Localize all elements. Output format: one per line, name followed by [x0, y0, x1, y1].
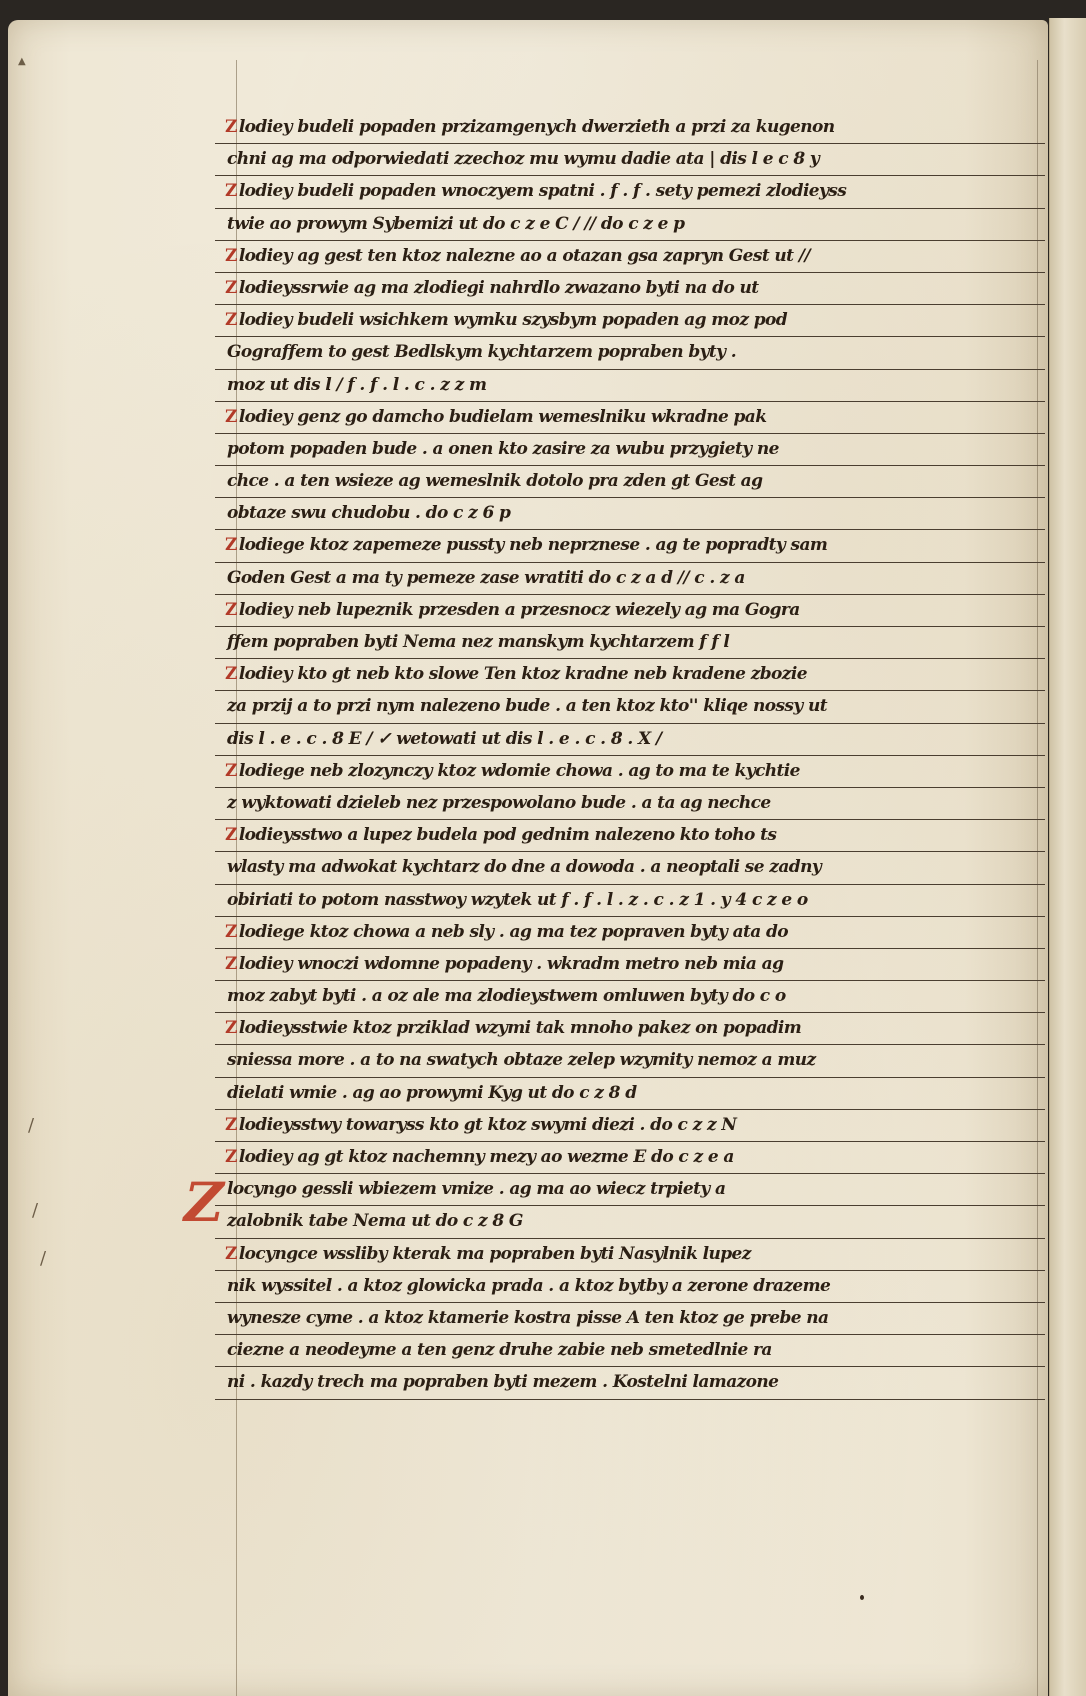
line-text: obiriati to potom nasstwoy wzytek ut f .…: [227, 890, 808, 910]
rubric-letter: Z: [225, 954, 237, 974]
manuscript-line: Zlodiey wnoczi wdomne popadeny . wkradm …: [215, 949, 1045, 981]
line-text: chni ag ma odporwiedati zzechoz mu wymu …: [227, 149, 819, 169]
line-text: lodiey genz go damcho budielam wemeslnik…: [239, 407, 767, 427]
margin-mark: /: [40, 1248, 46, 1269]
line-text: dis l . e . c . 8 E / ✓ wetowati ut dis …: [227, 729, 662, 749]
rubric-letter: Z: [225, 1147, 237, 1167]
rubric-letter: Z: [225, 181, 237, 201]
manuscript-line: Zlodiey ag gt ktoz nachemny mezy ao wezm…: [215, 1142, 1045, 1174]
line-text: lodiey ag gest ten ktoz nalezne ao a ota…: [239, 246, 810, 266]
manuscript-line: za przij a to przi nym nalezeno bude . a…: [215, 691, 1045, 723]
margin-mark: /: [28, 1115, 34, 1136]
manuscript-line: Zlodieysstwy towaryss kto gt ktoz swymi …: [215, 1110, 1045, 1142]
manuscript-line: Zlodieysstwo a lupez budela pod gednim n…: [215, 820, 1045, 852]
manuscript-line: Zlodiege ktoz zapemeze pussty neb neprzn…: [215, 530, 1045, 562]
manuscript-line: dielati wmie . ag ao prowymi Kyg ut do c…: [215, 1078, 1045, 1110]
rubric-letter: Z: [225, 535, 237, 555]
manuscript-line: dis l . e . c . 8 E / ✓ wetowati ut dis …: [215, 724, 1045, 756]
manuscript-line: Zlodiey budeli wsichkem wymku szysbym po…: [215, 305, 1045, 337]
line-text: zalobnik tabe Nema ut do c z 8 G: [227, 1211, 523, 1231]
line-text: ffem popraben byti Nema nez manskym kych…: [227, 632, 729, 652]
manuscript-line: twie ao prowym Sybemizi ut do c z e C / …: [215, 209, 1045, 241]
line-text: moz zabyt byti . a oz ale ma zlodieystwe…: [227, 986, 786, 1006]
line-text: lodieyssrwie ag ma zlodiegi nahrdlo zwaz…: [239, 278, 759, 298]
line-text: lodiege ktoz zapemeze pussty neb neprzne…: [239, 535, 828, 555]
manuscript-line: wynesze cyme . a ktoz ktamerie kostra pi…: [215, 1303, 1045, 1335]
manuscript-line: Zlodiege ktoz chowa a neb sly . ag ma te…: [215, 917, 1045, 949]
line-text: lodiey neb lupeznik przesden a przesnocz…: [239, 600, 800, 620]
line-text: lodiey ag gt ktoz nachemny mezy ao wezme…: [239, 1147, 734, 1167]
line-text: lodiey budeli popaden przizamgenych dwer…: [239, 117, 835, 137]
rubric-letter: Z: [225, 825, 237, 845]
line-text: Gograffem to gest Bedlskym kychtarzem po…: [227, 342, 736, 362]
line-text: lodieysstwie ktoz prziklad wzymi tak mno…: [239, 1018, 801, 1038]
line-text: dielati wmie . ag ao prowymi Kyg ut do c…: [227, 1083, 637, 1103]
manuscript-line: chni ag ma odporwiedati zzechoz mu wymu …: [215, 144, 1045, 176]
manuscript-line: nik wyssitel . a ktoz glowicka prada . a…: [215, 1271, 1045, 1303]
line-text: z wyktowati dzieleb nez przespowolano bu…: [227, 793, 771, 813]
manuscript-line: Zlodiey kto gt neb kto slowe Ten ktoz kr…: [215, 659, 1045, 691]
manuscript-line: ni . kazdy trech ma popraben byti mezem …: [215, 1367, 1045, 1399]
rubric-letter: Z: [225, 600, 237, 620]
manuscript-line: wlasty ma adwokat kychtarz do dne a dowo…: [215, 852, 1045, 884]
manuscript-line: ffem popraben byti Nema nez manskym kych…: [215, 627, 1045, 659]
line-text: lodiey wnoczi wdomne popadeny . wkradm m…: [239, 954, 784, 974]
top-left-mark: ▲: [18, 56, 26, 67]
manuscript-line: Zlodiey neb lupeznik przesden a przesnoc…: [215, 595, 1045, 627]
line-text: lodieysstwo a lupez budela pod gednim na…: [239, 825, 777, 845]
manuscript-line: Zlocyngce wssliby kterak ma popraben byt…: [215, 1239, 1045, 1271]
rubric-letter: Z: [225, 246, 237, 266]
rubric-letter: Z: [225, 922, 237, 942]
rubric-letter: Z: [225, 278, 237, 298]
rubric-letter: Z: [225, 407, 237, 427]
manuscript-line: Gograffem to gest Bedlskym kychtarzem po…: [215, 337, 1045, 369]
rubric-letter: Z: [225, 310, 237, 330]
line-text: wlasty ma adwokat kychtarz do dne a dowo…: [227, 857, 821, 877]
text-block: Zlodiey budeli popaden przizamgenych dwe…: [215, 112, 1045, 1400]
rubric-letter: Z: [225, 664, 237, 684]
manuscript-line: Zlodieyssrwie ag ma zlodiegi nahrdlo zwa…: [215, 273, 1045, 305]
line-text: wynesze cyme . a ktoz ktamerie kostra pi…: [227, 1308, 828, 1328]
line-text: twie ao prowym Sybemizi ut do c z e C / …: [227, 214, 684, 234]
ink-blot: [860, 1595, 864, 1600]
manuscript-line: Zlodiey ag gest ten ktoz nalezne ao a ot…: [215, 241, 1045, 273]
line-text: lodiey kto gt neb kto slowe Ten ktoz kra…: [239, 664, 807, 684]
line-text: sniessa more . a to na swatych obtaze ze…: [227, 1050, 816, 1070]
manuscript-line: Zlodiey budeli popaden wnoczyem spatni .…: [215, 176, 1045, 208]
line-text: moz ut dis l / f . f . l . c . z z m: [227, 375, 486, 395]
line-text: Goden Gest a ma ty pemeze zase wratiti d…: [227, 568, 745, 588]
rubric-letter: Z: [225, 1018, 237, 1038]
manuscript-line: locyngo gessli wbiezem vmize . ag ma ao …: [215, 1174, 1045, 1206]
line-text: locyngce wssliby kterak ma popraben byti…: [239, 1244, 751, 1264]
next-leaf-edge: [1049, 18, 1086, 1696]
line-text: locyngo gessli wbiezem vmize . ag ma ao …: [227, 1179, 725, 1199]
manuscript-line: potom popaden bude . a onen kto zasire z…: [215, 434, 1045, 466]
manuscript-line: Zlodiey budeli popaden przizamgenych dwe…: [215, 112, 1045, 144]
rubric-letter: Z: [225, 1115, 237, 1135]
line-text: lodiege ktoz chowa a neb sly . ag ma tez…: [239, 922, 788, 942]
line-text: ni . kazdy trech ma popraben byti mezem …: [227, 1372, 778, 1392]
manuscript-line: chce . a ten wsieze ag wemeslnik dotolo …: [215, 466, 1045, 498]
line-text: lodieysstwy towaryss kto gt ktoz swymi d…: [239, 1115, 736, 1135]
line-text: potom popaden bude . a onen kto zasire z…: [227, 439, 779, 459]
manuscript-line: Goden Gest a ma ty pemeze zase wratiti d…: [215, 563, 1045, 595]
manuscript-line: moz ut dis l / f . f . l . c . z z m: [215, 370, 1045, 402]
line-text: chce . a ten wsieze ag wemeslnik dotolo …: [227, 471, 762, 491]
manuscript-line: obtaze swu chudobu . do c z 6 p: [215, 498, 1045, 530]
line-text: lodiey budeli popaden wnoczyem spatni . …: [239, 181, 846, 201]
line-text: obtaze swu chudobu . do c z 6 p: [227, 503, 510, 523]
manuscript-line: obiriati to potom nasstwoy wzytek ut f .…: [215, 885, 1045, 917]
manuscript-line: moz zabyt byti . a oz ale ma zlodieystwe…: [215, 981, 1045, 1013]
rubric-letter: Z: [225, 761, 237, 781]
manuscript-line: Zlodiege neb zlozynczy ktoz wdomie chowa…: [215, 756, 1045, 788]
manuscript-line: Zlodiey genz go damcho budielam wemeslni…: [215, 402, 1045, 434]
rubric-letter: Z: [225, 1244, 237, 1264]
line-text: ciezne a neodeyme a ten genz druhe zabie…: [227, 1340, 772, 1360]
line-text: lodiey budeli wsichkem wymku szysbym pop…: [239, 310, 787, 330]
manuscript-line: Zlodieysstwie ktoz prziklad wzymi tak mn…: [215, 1013, 1045, 1045]
manuscript-line: z wyktowati dzieleb nez przespowolano bu…: [215, 788, 1045, 820]
line-text: nik wyssitel . a ktoz glowicka prada . a…: [227, 1276, 830, 1296]
manuscript-line: zalobnik tabe Nema ut do c z 8 G: [215, 1206, 1045, 1238]
line-text: za przij a to przi nym nalezeno bude . a…: [227, 696, 827, 716]
line-text: lodiege neb zlozynczy ktoz wdomie chowa …: [239, 761, 800, 781]
margin-mark: /: [32, 1200, 38, 1221]
rubric-letter: Z: [225, 117, 237, 137]
manuscript-line: ciezne a neodeyme a ten genz druhe zabie…: [215, 1335, 1045, 1367]
manuscript-line: sniessa more . a to na swatych obtaze ze…: [215, 1045, 1045, 1077]
